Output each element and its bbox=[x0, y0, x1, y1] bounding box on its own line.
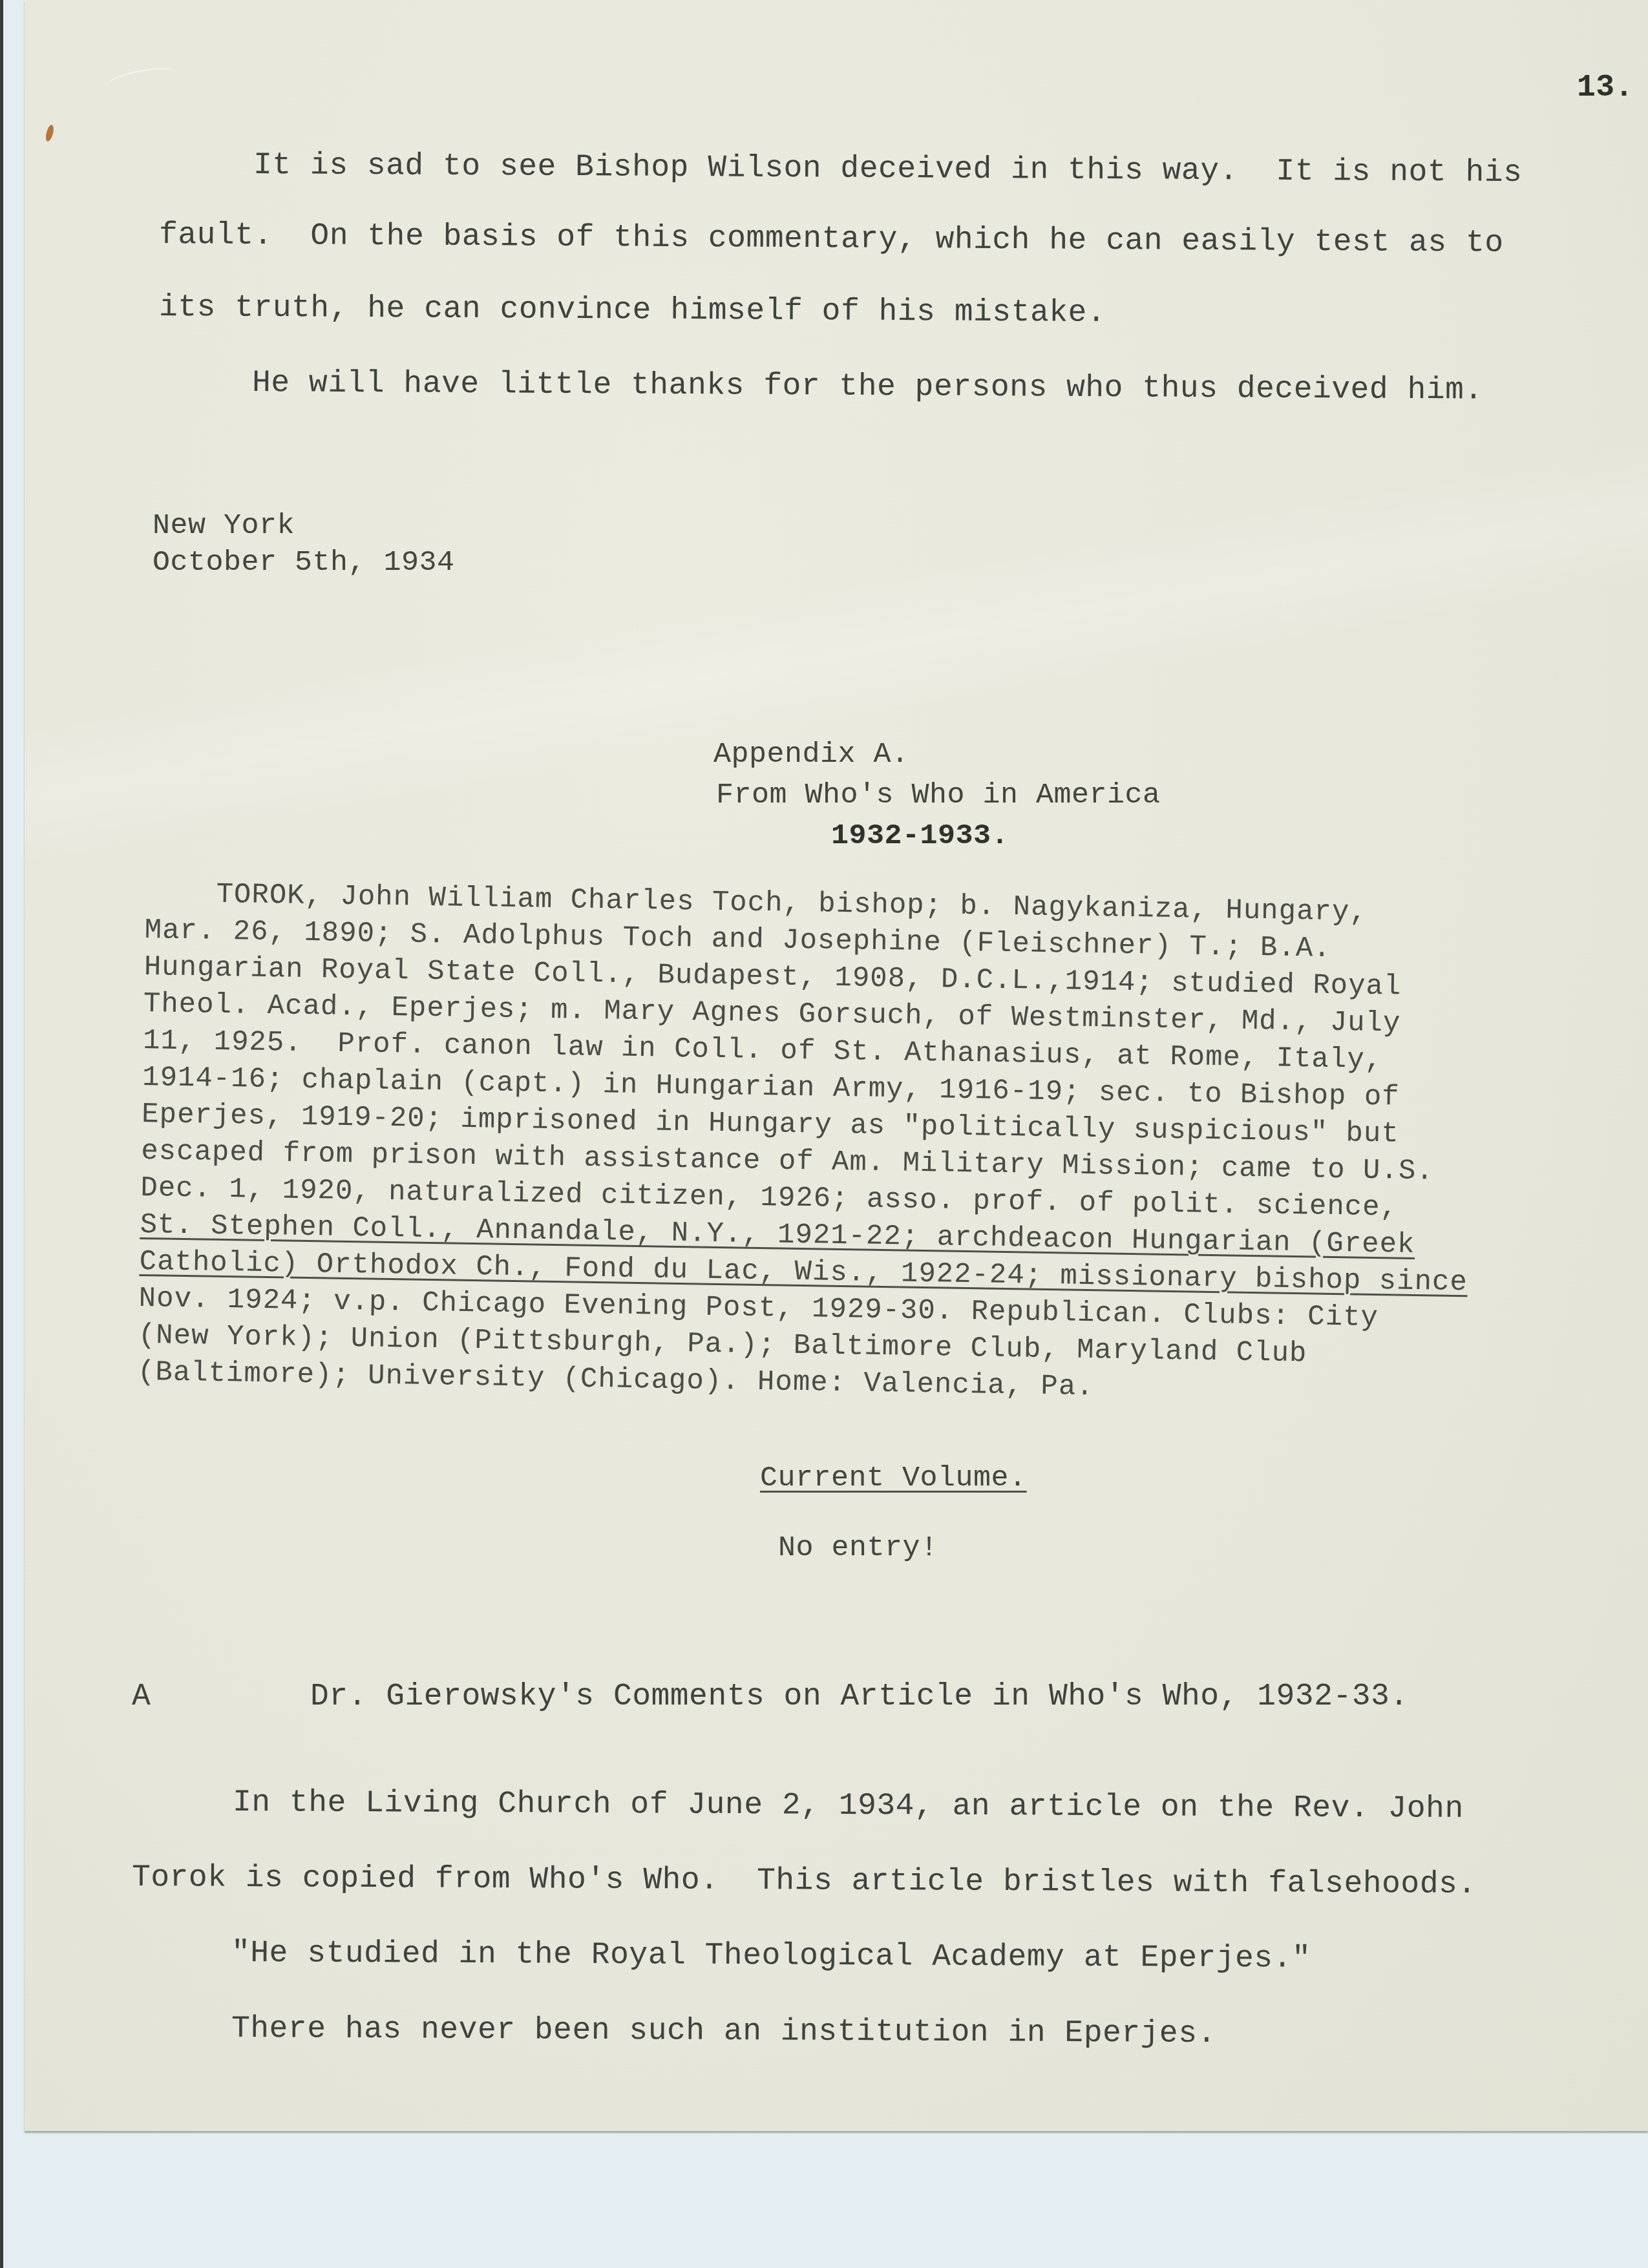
comments-heading: Dr. Gierowsky's Comments on Article in W… bbox=[310, 1679, 1409, 1715]
section-marker: A bbox=[132, 1679, 151, 1715]
current-volume-heading: Current Volume. bbox=[760, 1462, 1027, 1495]
signature-date: October 5th, 1934 bbox=[153, 546, 455, 580]
appendix-source: From Who's Who in America bbox=[716, 779, 1161, 812]
comments-quote: "He studied in the Royal Theological Aca… bbox=[231, 1935, 1311, 1977]
opening-line-3: its truth, he can convince himself of hi… bbox=[159, 289, 1106, 331]
current-volume-text: No entry! bbox=[778, 1531, 938, 1565]
appendix-title: Appendix A. bbox=[713, 738, 909, 772]
comments-line-2: Torok is copied from Who's Who. This art… bbox=[132, 1860, 1477, 1903]
signature-place: New York bbox=[153, 509, 295, 543]
appendix-years: 1932-1933. bbox=[831, 819, 1009, 853]
scanner-edge bbox=[0, 0, 3, 2268]
page-number: 13. bbox=[1577, 70, 1634, 106]
opening-line-1: It is sad to see Bishop Wilson deceived … bbox=[253, 147, 1523, 191]
comments-rebuttal: There has never been such an institution… bbox=[231, 2011, 1216, 2052]
opening-paragraph-2: He will have little thanks for the perso… bbox=[252, 365, 1483, 409]
comments-line-1: In the Living Church of June 2, 1934, an… bbox=[233, 1785, 1464, 1827]
